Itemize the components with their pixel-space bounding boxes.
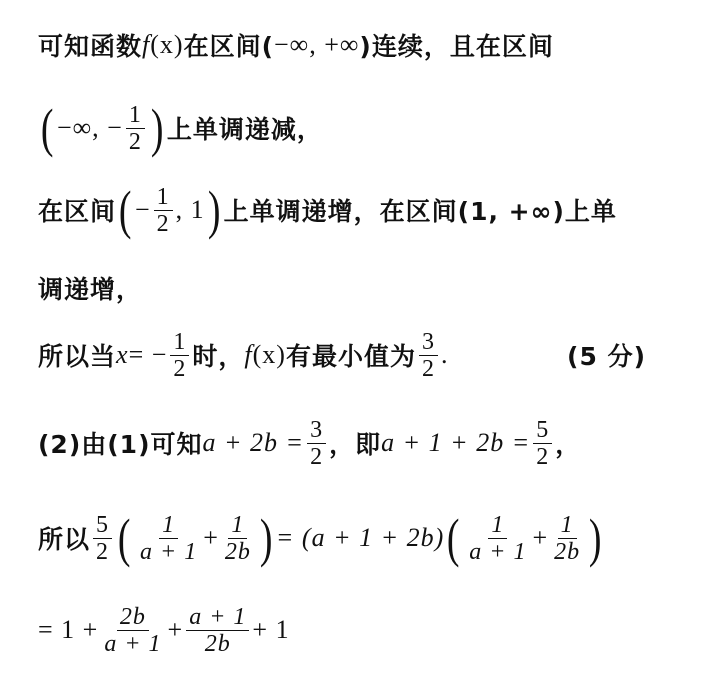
text-line-3: 在区间 ( − 1 2 , 1 ) 上单调递增，在区间(1, +∞)上单 xyxy=(38,180,617,240)
numerator: 3 xyxy=(307,417,326,444)
right-paren: ) xyxy=(260,511,273,565)
denominator: 2b xyxy=(222,539,254,565)
fraction: 1 a + 1 xyxy=(466,512,529,565)
fraction: 1 2 xyxy=(154,184,173,237)
fraction: a + 1 2b xyxy=(186,604,249,657)
fraction: 1 2 xyxy=(170,329,189,382)
text-line-8: = 1 + 2b a + 1 + a + 1 2b + 1 xyxy=(38,600,290,660)
text-line-7: 所以 5 2 ( 1 a + 1 + 1 2b ) = (a + 1 + 2b)… xyxy=(38,508,605,568)
left-paren: ( xyxy=(41,101,54,155)
text: 有最小值为 xyxy=(286,337,416,373)
fraction: 5 2 xyxy=(93,512,112,565)
expression: = (a + 1 + 2b) xyxy=(276,523,444,553)
interval-end: , 1 xyxy=(176,195,205,225)
left-paren: ( xyxy=(118,511,131,565)
text-line-5: 所以当 x = − 1 2 时， f (x) 有最小值为 3 2 . (5 分) xyxy=(38,325,684,385)
function-arg: (x) xyxy=(150,30,183,60)
fraction: 5 2 xyxy=(533,417,552,470)
plus: + xyxy=(168,615,184,645)
text: 所以 xyxy=(38,520,90,556)
period: . xyxy=(441,340,449,370)
denominator: 2 xyxy=(126,129,145,155)
expression: a + 1 + 2b = xyxy=(381,428,530,458)
text: 可知函数 xyxy=(38,27,142,63)
text: 上单调递增，在区间(1, +∞)上单 xyxy=(224,192,617,228)
text: 调递增， xyxy=(38,270,142,306)
denominator: 2 xyxy=(93,539,112,565)
score-label: (5 分) xyxy=(567,337,646,373)
denominator: 2b xyxy=(202,631,234,657)
function-name: f xyxy=(142,30,150,60)
text: (2)由(1)可知 xyxy=(38,425,203,461)
numerator: 1 xyxy=(126,102,145,129)
denominator: 2 xyxy=(533,444,552,470)
numerator: 2b xyxy=(117,604,149,631)
left-paren: ( xyxy=(119,183,132,237)
denominator: 2 xyxy=(170,356,189,382)
expression: = 1 + xyxy=(38,615,98,645)
right-paren: ) xyxy=(589,511,602,565)
text: 在区间( xyxy=(184,27,274,63)
denominator: 2 xyxy=(307,444,326,470)
text: ，即 xyxy=(329,425,381,461)
numerator: 1 xyxy=(170,329,189,356)
function-arg: (x) xyxy=(253,340,286,370)
denominator: 2b xyxy=(551,539,583,565)
numerator: 5 xyxy=(93,512,112,539)
text: ， xyxy=(555,425,581,461)
fraction: 1 2 xyxy=(126,102,145,155)
text-line-6: (2)由(1)可知 a + 2b = 3 2 ，即 a + 1 + 2b = 5… xyxy=(38,413,581,473)
denominator: a + 1 xyxy=(137,539,200,565)
expression: a + 2b = xyxy=(203,428,305,458)
denominator: a + 1 xyxy=(466,539,529,565)
fraction: 3 2 xyxy=(307,417,326,470)
denominator: 2 xyxy=(154,211,173,237)
minus: − xyxy=(135,195,151,225)
denominator: 2 xyxy=(419,356,438,382)
left-paren: ( xyxy=(447,511,460,565)
right-paren: ) xyxy=(151,101,164,155)
text: 时， xyxy=(192,337,244,373)
denominator: a + 1 xyxy=(101,631,164,657)
variable-x: x xyxy=(116,340,129,370)
interval-start: −∞, − xyxy=(57,113,123,143)
fraction: 1 2b xyxy=(222,512,254,565)
equals-minus: = − xyxy=(129,340,168,370)
text: 在区间 xyxy=(38,192,116,228)
numerator: 1 xyxy=(558,512,577,539)
text-line-1: 可知函数 f (x) 在区间( −∞, +∞ )连续，且在区间 xyxy=(38,15,554,75)
text: )连续，且在区间 xyxy=(359,27,553,63)
numerator: 1 xyxy=(488,512,507,539)
text: 所以当 xyxy=(38,337,116,373)
numerator: 1 xyxy=(228,512,247,539)
interval: −∞, +∞ xyxy=(274,30,359,60)
fraction: 2b a + 1 xyxy=(101,604,164,657)
expression: + 1 xyxy=(252,615,289,645)
numerator: a + 1 xyxy=(186,604,249,631)
numerator: 3 xyxy=(419,329,438,356)
fraction: 3 2 xyxy=(419,329,438,382)
numerator: 1 xyxy=(154,184,173,211)
right-paren: ) xyxy=(208,183,221,237)
numerator: 1 xyxy=(159,512,178,539)
text: 上单调递减， xyxy=(167,110,323,146)
function-name: f xyxy=(244,340,252,370)
plus: + xyxy=(533,523,549,553)
text-line-4: 调递增， xyxy=(38,258,142,318)
fraction: 1 a + 1 xyxy=(137,512,200,565)
numerator: 5 xyxy=(533,417,552,444)
fraction: 1 2b xyxy=(551,512,583,565)
plus: + xyxy=(203,523,219,553)
text-line-2: ( −∞, − 1 2 ) 上单调递减， xyxy=(38,98,323,158)
